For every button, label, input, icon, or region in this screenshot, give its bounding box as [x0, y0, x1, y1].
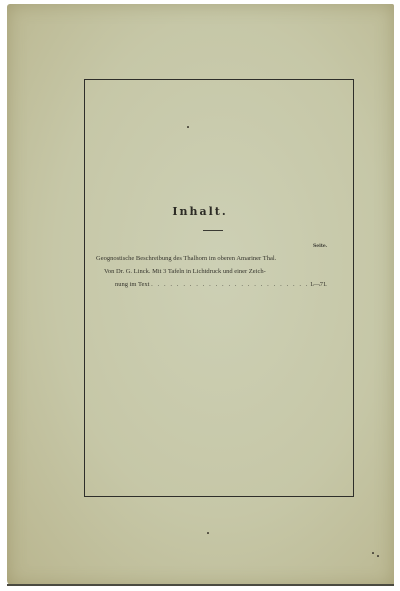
- toc-entry-text: nung im Text: [115, 281, 149, 288]
- toc-entry-line-2: Von Dr. G. Linck. Mit 3 Tafeln in Lichtd…: [104, 268, 266, 275]
- page-border-frame: [84, 79, 354, 497]
- toc-entry-line-1: Geognostische Beschreibung des Thalhorn …: [96, 255, 276, 262]
- toc-entry-line-3: nung im Text . . . . . . . . . . . . . .…: [115, 281, 328, 288]
- paper-speck: [377, 555, 379, 557]
- paper-page: [7, 4, 394, 586]
- paper-speck: [207, 532, 209, 534]
- paper-speck: [372, 552, 374, 554]
- title-rule-divider: [203, 230, 223, 231]
- paper-speck: [187, 126, 189, 128]
- toc-dot-leader: . . . . . . . . . . . . . . . . . . . . …: [151, 281, 328, 288]
- toc-page-range: 1—71: [310, 281, 326, 288]
- page-title: Inhalt.: [0, 205, 400, 218]
- page-column-header: Seite.: [313, 244, 327, 249]
